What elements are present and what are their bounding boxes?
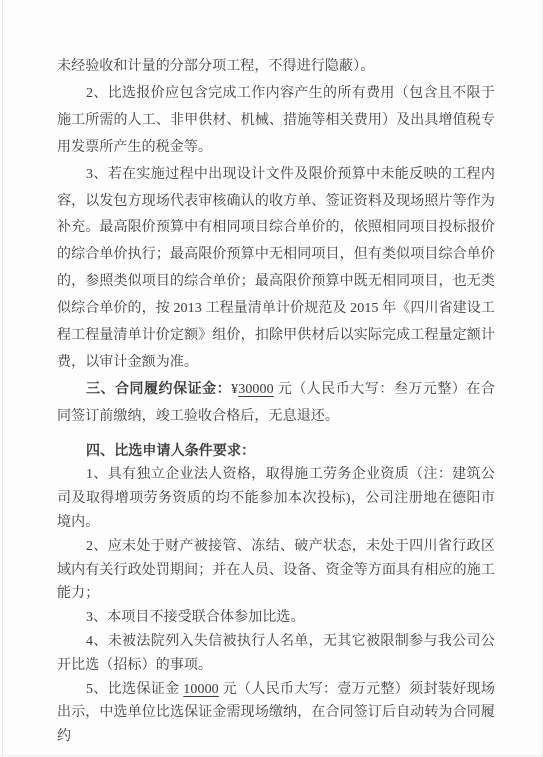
scan-edge-right (541, 0, 542, 757)
scan-edge-bottom (0, 755, 543, 756)
paragraph: 四、比选申请人条件要求： (57, 440, 495, 464)
paragraph: 三、合同履约保证金：¥30000 元（人民币大写：叁万元整）在合同签订前缴纳，竣… (57, 377, 495, 431)
text-run: 4、未被法院列入失信被执行人名单，无其它被限制参与我公司公开比选（招标）的事项。 (57, 634, 495, 673)
underlined-amount: 30000 (238, 382, 274, 397)
text-run: 3、若在实施过程中出现设计文件及限价预算中未能反映的工程内容，以发包方现场代表审… (57, 167, 495, 370)
paragraph: 2、应未处于财产被接管、冻结、破产状态，未处于四川省行政区域内有关行政处罚期间；… (57, 535, 495, 606)
text-run: 未经验收和计量的分部分项工程，不得进行隐蔽）。 (57, 59, 374, 74)
underlined-amount: 10000 (183, 682, 219, 697)
text-run: 1、具有独立企业法人资格，取得施工劳务企业资质（注：建筑公司及取得增项劳务资质的… (57, 467, 495, 530)
paragraph: 3、本项目不接受联合体参加比选。 (57, 606, 495, 630)
document-body: 未经验收和计量的分部分项工程，不得进行隐蔽）。2、比选报价应包含完成工作内容产生… (57, 54, 495, 749)
paragraph: 5、比选保证金 10000 元（人民币大写：壹万元整）须封装好现场出示，中选单位… (57, 678, 495, 749)
section-heading-run: 四、比选申请人条件要求： (86, 444, 255, 459)
document-page: 未经验收和计量的分部分项工程，不得进行隐蔽）。2、比选报价应包含完成工作内容产生… (0, 0, 543, 757)
paragraph: 1、具有独立企业法人资格，取得施工劳务企业资质（注：建筑公司及取得增项劳务资质的… (57, 463, 495, 534)
paragraph: 未经验收和计量的分部分项工程，不得进行隐蔽）。 (57, 54, 495, 81)
paragraph: 4、未被法院列入失信被执行人名单，无其它被限制参与我公司公开比选（招标）的事项。 (57, 630, 495, 678)
text-run: 2、应未处于财产被接管、冻结、破产状态，未处于四川省行政区域内有关行政处罚期间；… (57, 539, 495, 602)
text-run: 3、本项目不接受联合体参加比选。 (86, 610, 305, 625)
paragraph: 3、若在实施过程中出现设计文件及限价预算中未能反映的工程内容，以发包方现场代表审… (57, 162, 495, 377)
text-run: 5、比选保证金 (86, 682, 183, 697)
paragraph: 2、比选报价应包含完成工作内容产生的所有费用（包含且不限于施工所需的人工、非甲供… (57, 81, 495, 162)
text-run: 2、比选报价应包含完成工作内容产生的所有费用（包含且不限于施工所需的人工、非甲供… (57, 86, 495, 155)
scan-edge-left (2, 0, 3, 757)
section-heading-run: 三、合同履约保证金： (86, 382, 231, 397)
